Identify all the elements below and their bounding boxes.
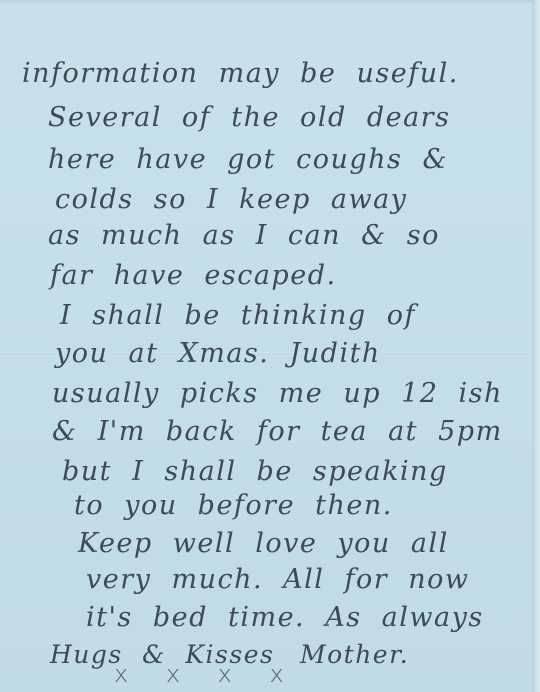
paper-right-edge bbox=[532, 0, 540, 692]
letter-signature: Mother. bbox=[300, 642, 409, 667]
letter-line-13: Keep well love you all bbox=[78, 530, 449, 557]
letter-line-8: you at Xmas. Judith bbox=[55, 340, 381, 367]
letter-line-4: colds so I keep away bbox=[55, 186, 407, 213]
letter-line-9: usually picks me up 12 ish bbox=[52, 380, 503, 407]
letter-line-5: as much as I can & so bbox=[48, 222, 440, 249]
letter-page: information may be useful. Several of th… bbox=[0, 0, 532, 692]
letter-line-6: far have escaped. bbox=[50, 262, 337, 289]
letter-line-10: & I'm back for tea at 5pm bbox=[52, 418, 503, 445]
letter-line-15: it's bed time. As always bbox=[86, 604, 484, 631]
letter-line-11: but I shall be speaking bbox=[62, 458, 448, 485]
letter-line-12: to you before then. bbox=[74, 492, 393, 519]
letter-line-2: Several of the old dears bbox=[48, 104, 450, 131]
letter-line-3: here have got coughs & bbox=[48, 146, 448, 173]
letter-line-1: information may be useful. bbox=[22, 60, 459, 87]
paper-top-edge bbox=[0, 0, 540, 4]
letter-line-14: very much. All for now bbox=[86, 566, 470, 593]
letter-line-7: I shall be thinking of bbox=[60, 302, 416, 329]
kisses-marks: x x x x bbox=[114, 662, 294, 686]
